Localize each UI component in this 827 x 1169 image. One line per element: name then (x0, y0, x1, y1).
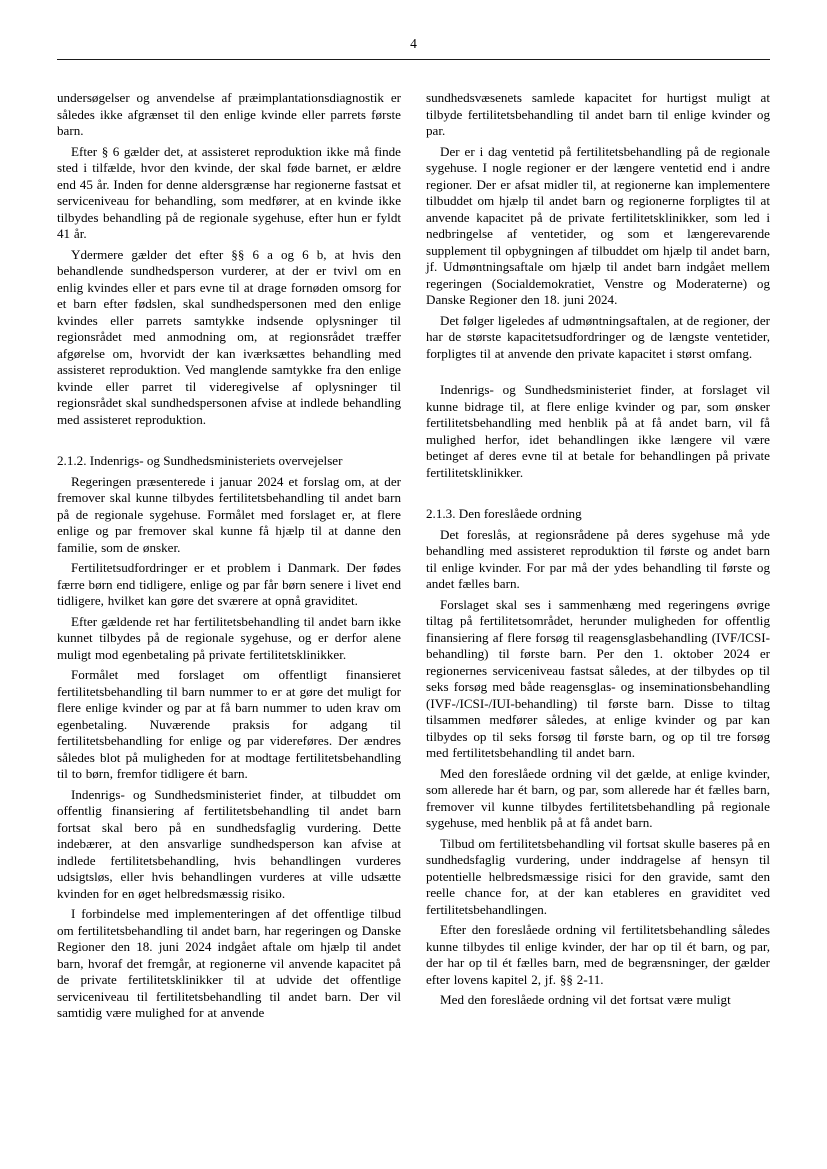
document-page: 4 undersøgelser og anvendelse af præimpl… (0, 0, 827, 1169)
body-paragraph: Efter den foreslåede ordning vil fertili… (426, 922, 770, 988)
body-paragraph: Formålet med forslaget om offentligt fin… (57, 667, 401, 783)
right-column: sundhedsvæsenets samlede kapacitet for h… (426, 90, 770, 1022)
body-paragraph: Regeringen præsenterede i januar 2024 et… (57, 474, 401, 557)
page-number: 4 (57, 36, 770, 52)
body-paragraph: Forslaget skal ses i sammenhæng med rege… (426, 597, 770, 762)
left-column: undersøgelser og anvendelse af præimplan… (57, 90, 401, 1022)
section-heading-2-1-2: 2.1.2. Indenrigs- og Sundhedsministeriet… (57, 453, 401, 470)
section-heading-2-1-3: 2.1.3. Den foreslåede ordning (426, 506, 770, 523)
body-paragraph: undersøgelser og anvendelse af præimplan… (57, 90, 401, 140)
body-paragraph: Tilbud om fertilitetsbehandling vil fort… (426, 836, 770, 919)
body-paragraph: Indenrigs- og Sundhedsministeriet finder… (57, 787, 401, 903)
body-paragraph: sundhedsvæsenets samlede kapacitet for h… (426, 90, 770, 140)
body-paragraph: Efter § 6 gælder det, at assisteret repr… (57, 144, 401, 243)
body-paragraph: Med den foreslåede ordning vil det forts… (426, 992, 770, 1009)
body-paragraph: Fertilitetsudfordringer er et problem i … (57, 560, 401, 610)
body-paragraph: Indenrigs- og Sundhedsministeriet finder… (426, 382, 770, 481)
body-paragraph: Det foreslås, at regionsrådene på deres … (426, 527, 770, 593)
body-paragraph: Der er i dag ventetid på fertilitetsbeha… (426, 144, 770, 309)
two-column-body: undersøgelser og anvendelse af præimplan… (57, 90, 770, 1022)
body-paragraph: Med den foreslåede ordning vil det gælde… (426, 766, 770, 832)
body-paragraph: Efter gældende ret har fertilitetsbehand… (57, 614, 401, 664)
body-paragraph: I forbindelse med implementeringen af de… (57, 906, 401, 1022)
body-paragraph: Ydermere gælder det efter §§ 6 a og 6 b,… (57, 247, 401, 429)
body-paragraph: Det følger ligeledes af udmøntningsaftal… (426, 313, 770, 363)
header-rule (57, 59, 770, 60)
page-header: 4 (57, 36, 770, 60)
